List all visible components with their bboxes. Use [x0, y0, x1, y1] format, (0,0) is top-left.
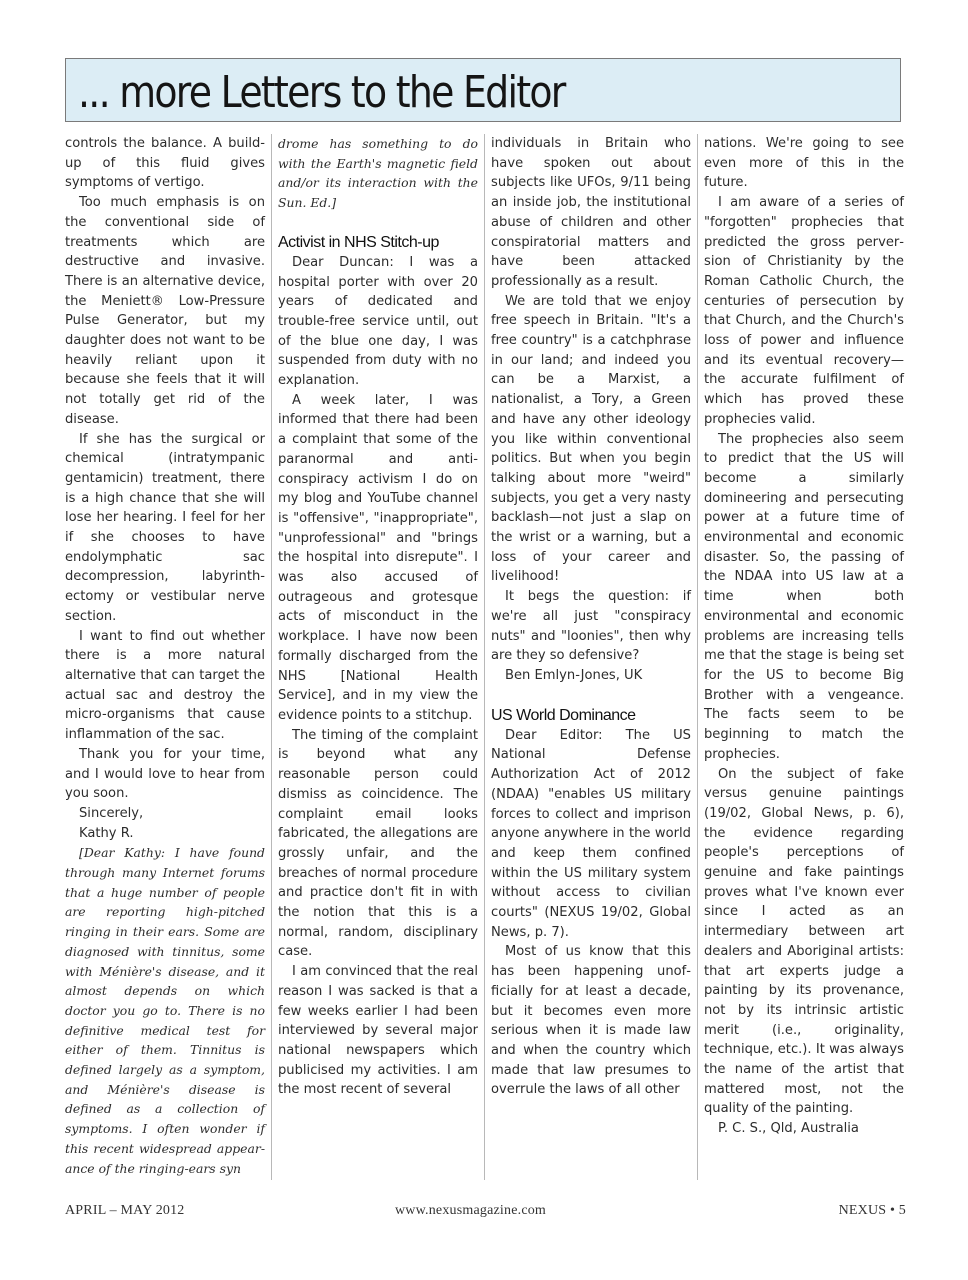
- column-divider: [271, 134, 272, 1180]
- paragraph: A week later, I was informed that there …: [278, 391, 478, 726]
- paragraph: The timing of the com­plaint is beyond w…: [278, 726, 478, 962]
- paragraph: Dear Duncan: I was a hospital porter wit…: [278, 253, 478, 391]
- paragraph: controls the balance. A build-up of this…: [65, 134, 265, 193]
- paragraph: Most of us know that this has been happe…: [491, 942, 691, 1100]
- paragraph: We are told that we enjoy free speech in…: [491, 292, 691, 588]
- paragraph: If she has the surgical or chemical (int…: [65, 430, 265, 627]
- column-3: individuals in Britain who have spoken o…: [491, 134, 691, 1100]
- letter-signature: Kathy R.: [65, 824, 265, 844]
- paragraph: I am aware of a series of "forgotten" pr…: [704, 193, 904, 429]
- section-header: ... more Letters to the Editor: [65, 58, 901, 122]
- paragraph: I am convinced that the real reason I wa…: [278, 962, 478, 1100]
- footer-page-number: NEXUS • 5: [839, 1203, 906, 1219]
- column-4: nations. We're going to see even more of…: [704, 134, 904, 1139]
- paragraph: Dear Editor: The US National Defense Aut…: [491, 726, 691, 943]
- paragraph: It begs the question: if we're all just …: [491, 587, 691, 666]
- column-1: controls the balance. A build-up of this…: [65, 134, 265, 1178]
- letter-signature: P. C. S., Qld, Australia: [704, 1119, 904, 1139]
- letter-signature: Ben Emlyn-Jones, UK: [491, 666, 691, 686]
- paragraph: Thank you for your time, and I would lov…: [65, 745, 265, 804]
- letter-heading: US World Dominance: [491, 705, 691, 726]
- paragraph: Too much emphasis is on the conventional…: [65, 193, 265, 429]
- signoff: Sincerely,: [65, 804, 265, 824]
- editor-reply-continued: drome has something to do with the Earth…: [278, 134, 478, 213]
- page-title: ... more Letters to the Editor: [78, 63, 565, 123]
- footer-website: www.nexusmagazine.com: [395, 1203, 546, 1219]
- editor-reply: [Dear Kathy: I have found through many I…: [65, 843, 265, 1178]
- paragraph: individuals in Britain who have spoken o…: [491, 134, 691, 292]
- footer-issue-date: APRIL – MAY 2012: [65, 1203, 185, 1219]
- column-divider: [484, 134, 485, 1180]
- letter-heading: Activist in NHS Stitch-up: [278, 232, 478, 253]
- paragraph: The prophecies also seem to predict that…: [704, 430, 904, 765]
- paragraph: On the subject of fake versus genuine pa…: [704, 765, 904, 1120]
- paragraph: I want to find out whether there is a mo…: [65, 627, 265, 745]
- column-2: drome has something to do with the Earth…: [278, 134, 478, 1100]
- paragraph: nations. We're going to see even more of…: [704, 134, 904, 193]
- column-divider: [697, 134, 698, 1180]
